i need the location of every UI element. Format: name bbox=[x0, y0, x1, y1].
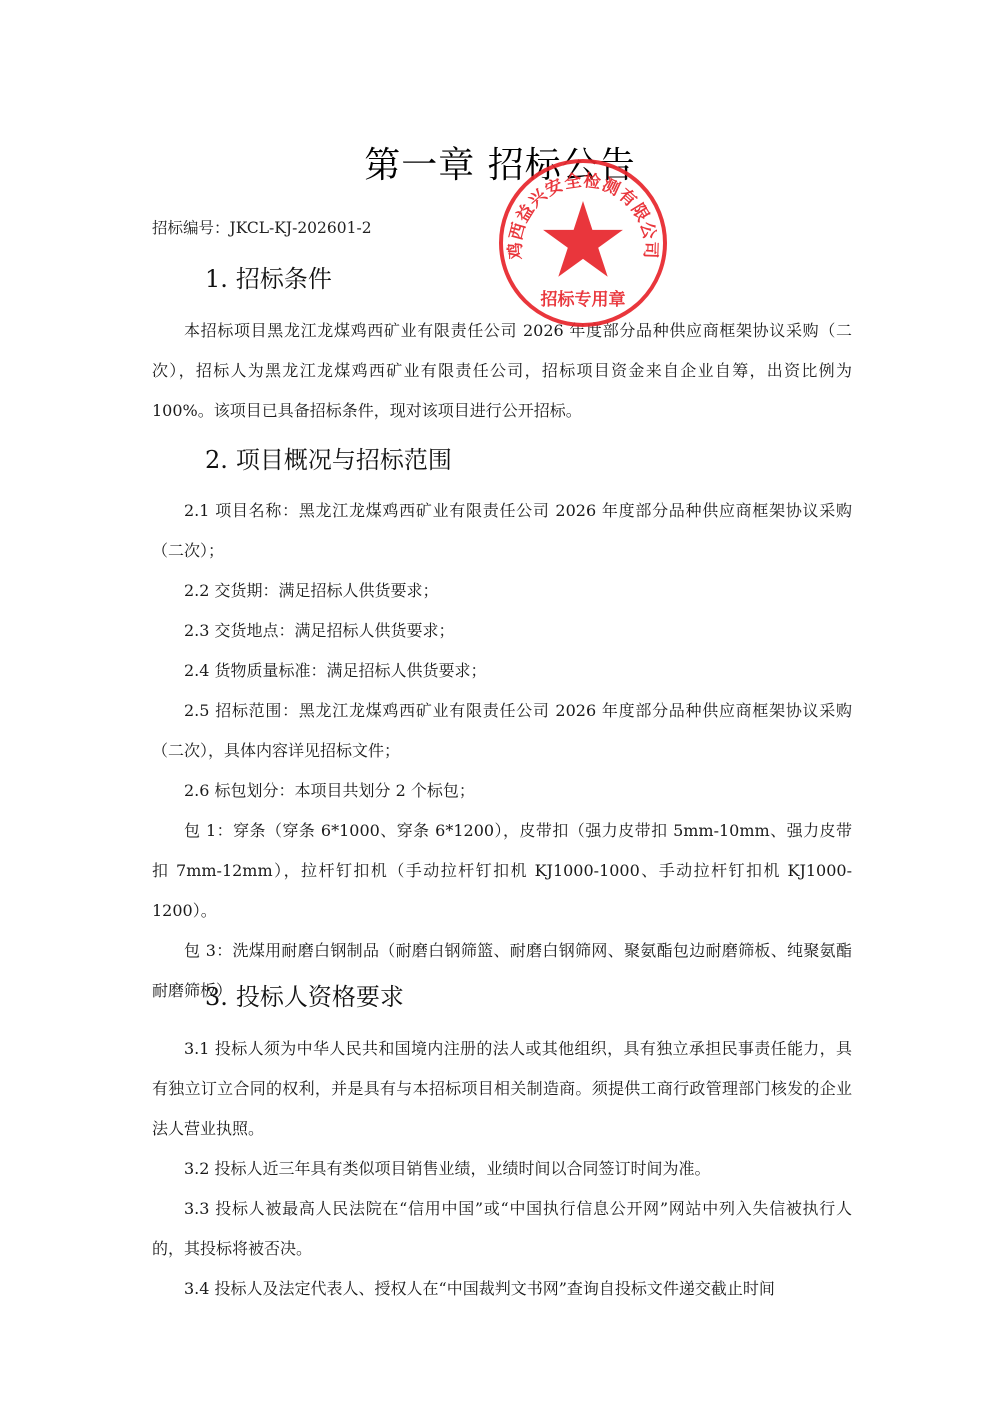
paragraph: 3.1 投标人须为中华人民共和国境内注册的法人或其他组织，具有独立承担民事责任能… bbox=[152, 1029, 852, 1149]
seal-purpose: 招标专用章 bbox=[540, 289, 626, 310]
paragraph: 2.5 招标范围：黑龙江龙煤鸡西矿业有限责任公司 2026 年度部分品种供应商框… bbox=[152, 691, 852, 771]
section-title: 投标人资格要求 bbox=[236, 983, 404, 1011]
section-heading-3: 3.投标人资格要求 bbox=[205, 981, 404, 1013]
paragraph: 2.4 货物质量标准：满足招标人供货要求； bbox=[152, 651, 852, 691]
paragraph: 包 1：穿条（穿条 6*1000、穿条 6*1200），皮带扣（强力皮带扣 5m… bbox=[152, 811, 852, 931]
bid-number-label: 招标编号： bbox=[152, 219, 230, 237]
paragraph: 2.1 项目名称：黑龙江龙煤鸡西矿业有限责任公司 2026 年度部分品种供应商框… bbox=[152, 491, 852, 571]
chapter-title: 第一章 招标公告 bbox=[0, 142, 1000, 190]
section-number: 1. bbox=[205, 265, 228, 293]
star-icon bbox=[543, 201, 623, 277]
section-number: 3. bbox=[205, 983, 228, 1011]
bid-number-value: JKCL-KJ-202601-2 bbox=[230, 219, 372, 237]
paragraph: 3.3 投标人被最高人民法院在“信用中国”或“中国执行信息公开网”网站中列入失信… bbox=[152, 1189, 852, 1269]
section-body-1: 本招标项目黑龙江龙煤鸡西矿业有限责任公司 2026 年度部分品种供应商框架协议采… bbox=[152, 311, 852, 431]
paragraph: 2.6 标包划分：本项目共划分 2 个标包； bbox=[152, 771, 852, 811]
bid-number-line: 招标编号：JKCL-KJ-202601-2 bbox=[152, 216, 372, 240]
paragraph: 2.3 交货地点：满足招标人供货要求； bbox=[152, 611, 852, 651]
paragraph: 3.4 投标人及法定代表人、授权人在“中国裁判文书网”查询自投标文件递交截止时间 bbox=[152, 1269, 852, 1309]
section-heading-1: 1.招标条件 bbox=[205, 263, 332, 295]
paragraph: 本招标项目黑龙江龙煤鸡西矿业有限责任公司 2026 年度部分品种供应商框架协议采… bbox=[152, 311, 852, 431]
section-heading-2: 2.项目概况与招标范围 bbox=[205, 444, 452, 476]
paragraph: 2.2 交货期：满足招标人供货要求； bbox=[152, 571, 852, 611]
section-body-2: 2.1 项目名称：黑龙江龙煤鸡西矿业有限责任公司 2026 年度部分品种供应商框… bbox=[152, 491, 852, 1011]
section-title: 招标条件 bbox=[236, 265, 332, 293]
section-body-3: 3.1 投标人须为中华人民共和国境内注册的法人或其他组织，具有独立承担民事责任能… bbox=[152, 1029, 852, 1309]
section-number: 2. bbox=[205, 446, 228, 474]
paragraph: 3.2 投标人近三年具有类似项目销售业绩，业绩时间以合同签订时间为准。 bbox=[152, 1149, 852, 1189]
section-title: 项目概况与招标范围 bbox=[236, 446, 452, 474]
document-page: 第一章 招标公告 招标编号：JKCL-KJ-202601-2 1.招标条件 本招… bbox=[0, 0, 1000, 1414]
